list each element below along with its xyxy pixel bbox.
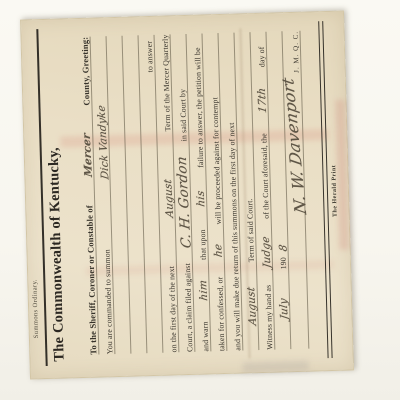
- witness-month-handwriting: July: [279, 298, 290, 320]
- return-month-handwriting: August: [246, 286, 258, 326]
- witness-role-handwriting: Judge: [261, 235, 273, 268]
- confessed-pronoun-blank: he: [213, 224, 224, 277]
- witness-day-blank: 17th: [256, 67, 268, 133]
- witness-text: Witness my hand as: [264, 285, 275, 350]
- jmqc-label: J. M. Q. C.: [291, 31, 300, 73]
- warn-pronoun-blank: him: [198, 260, 210, 322]
- county-handwriting: Mercer: [82, 133, 94, 178]
- term-said-court-text: Term of said Court.: [245, 198, 256, 262]
- warn-pronoun-handwriting: him: [198, 280, 209, 302]
- that-upon-text: that upon: [198, 229, 208, 260]
- in-said-court-text: in said Court by: [178, 89, 188, 142]
- upon-pronoun-blank: his: [195, 168, 207, 230]
- term-month-handwriting: August: [163, 179, 175, 219]
- and-warn-text: and warn: [201, 321, 211, 351]
- to-answer-text: to answer: [145, 41, 155, 73]
- greeting-text: County, Greeting:: [80, 37, 92, 106]
- day-of-text: day of: [257, 46, 267, 67]
- upon-pronoun-handwriting: his: [196, 190, 207, 207]
- confessed-pronoun-handwriting: he: [213, 243, 224, 258]
- year-printed-text: 190: [279, 257, 288, 269]
- summons-document: Summons Ordinary. The Commonwealth of Ke…: [20, 11, 354, 380]
- witness-role-blank: Judge: [261, 219, 273, 285]
- document-title: The Commonwealth of Kentucky,: [46, 147, 69, 362]
- year-digit-handwriting: 8: [278, 244, 288, 252]
- summons-type-label: Summons Ordinary.: [31, 279, 40, 338]
- form-body: To the Sheriff, Coroner or Constable of …: [72, 31, 310, 355]
- witness-day-handwriting: 17th: [257, 87, 268, 113]
- edge-smudge-stain: [243, 361, 309, 373]
